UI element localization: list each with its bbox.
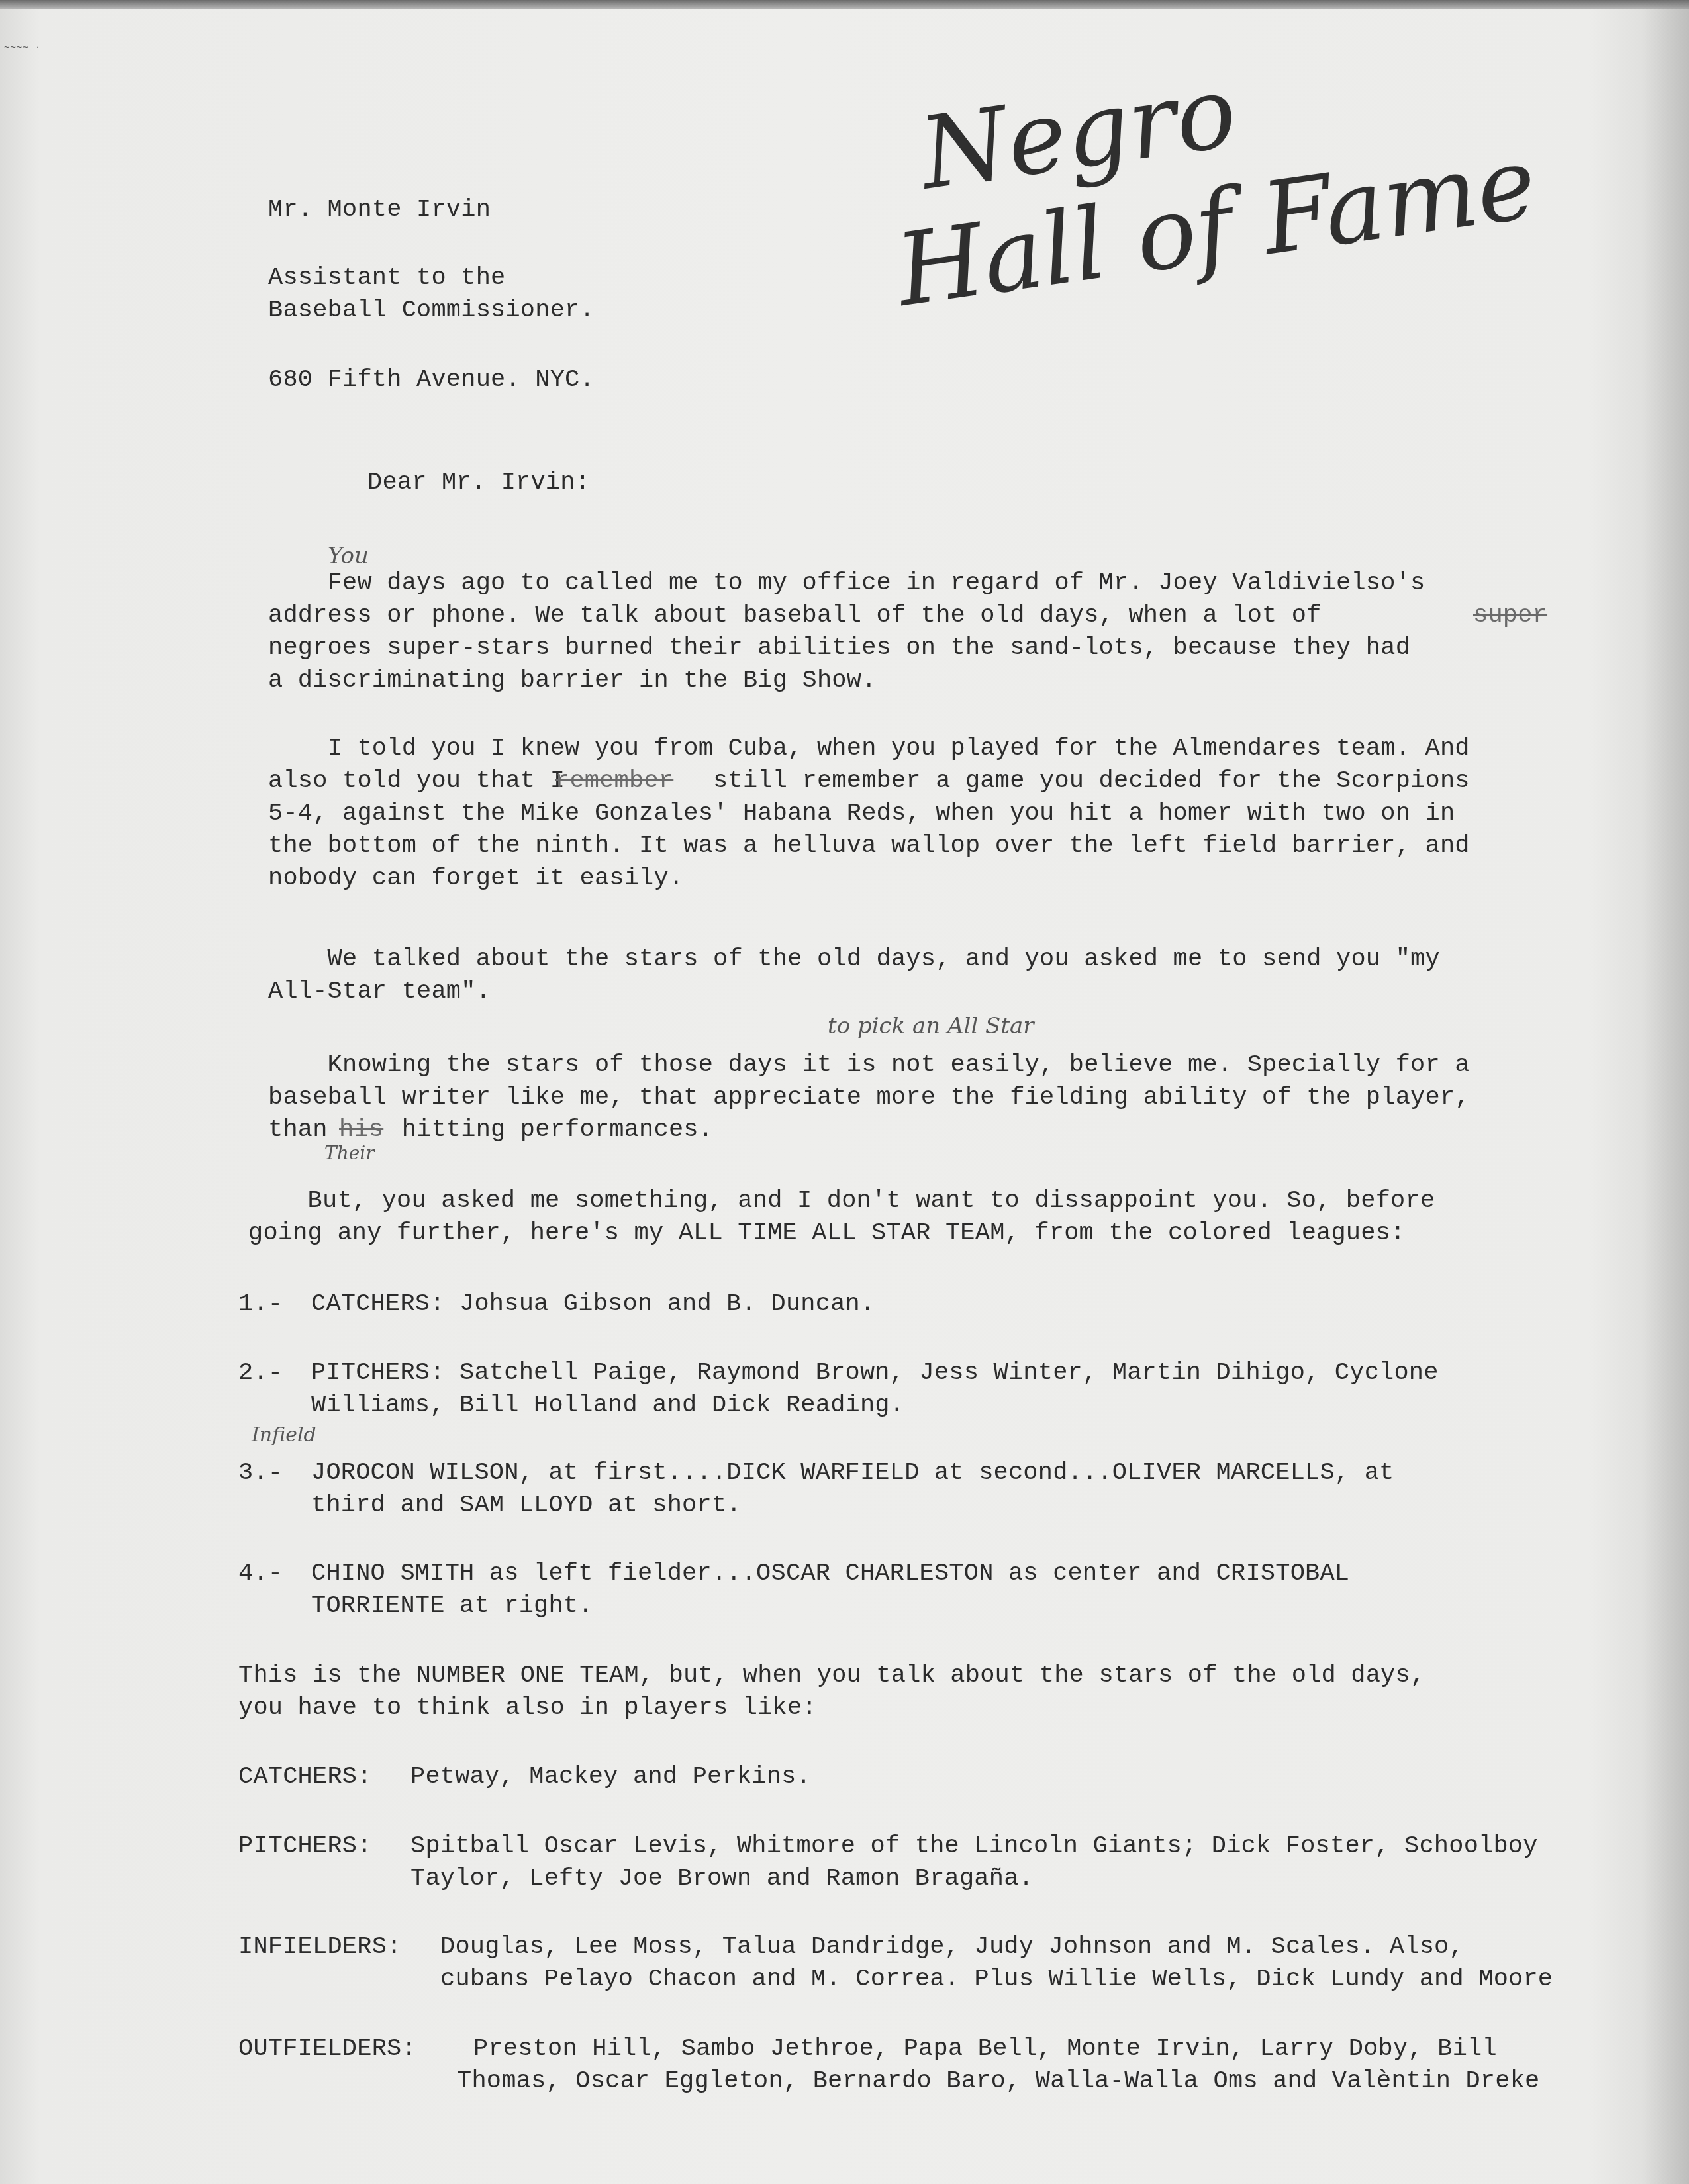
category-text: Petway, Mackey and Perkins.: [410, 1761, 811, 1793]
category-label: PITCHERS:: [238, 1830, 372, 1863]
p2-line: also told you that I still remember a ga…: [268, 765, 1470, 798]
p2-line: nobody can forget it easily.: [268, 863, 683, 895]
p4-line: Knowing the stars of those days it is no…: [268, 1049, 1470, 1082]
category-text: Taylor, Lefty Joe Brown and Ramon Bragañ…: [410, 1863, 1034, 1895]
p5-line: going any further, here's my ALL TIME AL…: [248, 1217, 1405, 1250]
list-text: CHINO SMITH as left fielder...OSCAR CHAR…: [311, 1558, 1349, 1590]
recipient-address: 680 Fifth Avenue. NYC.: [268, 364, 595, 397]
list-text: JOROCON WILSON, at first....DICK WARFIEL…: [311, 1457, 1394, 1490]
category-label: CATCHERS:: [238, 1761, 372, 1793]
category-text: Douglas, Lee Moss, Talua Dandridge, Judy…: [440, 1931, 1464, 1964]
strikethrough-super: super: [1473, 600, 1547, 632]
list-text: Williams, Bill Holland and Dick Reading.: [311, 1390, 904, 1422]
salutation: Dear Mr. Irvin:: [367, 467, 590, 499]
handwritten-insert-you: You: [328, 543, 369, 569]
handwritten-insert-their: Their: [324, 1142, 375, 1164]
p3-line: We talked about the stars of the old day…: [268, 943, 1440, 976]
handwritten-insert-infield: Infield: [252, 1423, 316, 1447]
scan-right-shadow: [1643, 0, 1689, 2184]
recipient-title-line2: Baseball Commissioner.: [268, 295, 595, 327]
p2-line: I told you I knew you from Cuba, when yo…: [268, 733, 1470, 765]
p1-line: negroes super-stars burned their abiliti…: [268, 632, 1410, 665]
scan-top-edge: [0, 0, 1689, 9]
category-text: cubans Pelayo Chacon and M. Correa. Plus…: [440, 1964, 1553, 1996]
list-number: 2.-: [238, 1357, 283, 1390]
p4-line: baseball writer like me, that appreciate…: [268, 1082, 1470, 1114]
list-text: PITCHERS: Satchell Paige, Raymond Brown,…: [311, 1357, 1439, 1390]
handwritten-insert-to-pick: to pick an All Star: [828, 1013, 1034, 1039]
strikethrough-remember: remember: [555, 765, 673, 798]
category-label: OUTFIELDERS:: [238, 2033, 416, 2065]
p1-line: address or phone. We talk about baseball…: [268, 600, 1336, 632]
p2-line: 5-4, against the Mike Gonzales' Habana R…: [268, 798, 1455, 830]
p1-line: a discriminating barrier in the Big Show…: [268, 665, 877, 697]
list-number: 3.-: [238, 1457, 283, 1490]
category-text: Thomas, Oscar Eggleton, Bernardo Baro, W…: [457, 2065, 1539, 2098]
p2-line: the bottom of the ninth. It was a helluv…: [268, 830, 1470, 863]
category-label: INFIELDERS:: [238, 1931, 401, 1964]
list-number: 1.-: [238, 1288, 283, 1321]
category-text: Spitball Oscar Levis, Whitmore of the Li…: [410, 1830, 1538, 1863]
p1-line: Few days ago to called me to my office i…: [268, 567, 1425, 600]
recipient-name: Mr. Monte Irvin: [268, 194, 491, 226]
corner-scribble: ~~~~ ·: [4, 43, 41, 54]
list-text: TORRIENTE at right.: [311, 1590, 593, 1623]
list-text: CATCHERS: Johsua Gibson and B. Duncan.: [311, 1288, 875, 1321]
transition-line: This is the NUMBER ONE TEAM, but, when y…: [238, 1660, 1425, 1692]
category-text: Preston Hill, Sambo Jethroe, Papa Bell, …: [473, 2033, 1497, 2065]
recipient-title-line1: Assistant to the: [268, 262, 505, 295]
p3-line: All-Star team".: [268, 976, 491, 1008]
transition-line: you have to think also in players like:: [238, 1692, 817, 1725]
list-number: 4.-: [238, 1558, 283, 1590]
p5-line: But, you asked me something, and I don't…: [248, 1185, 1435, 1217]
list-text: third and SAM LLOYD at short.: [311, 1490, 742, 1522]
